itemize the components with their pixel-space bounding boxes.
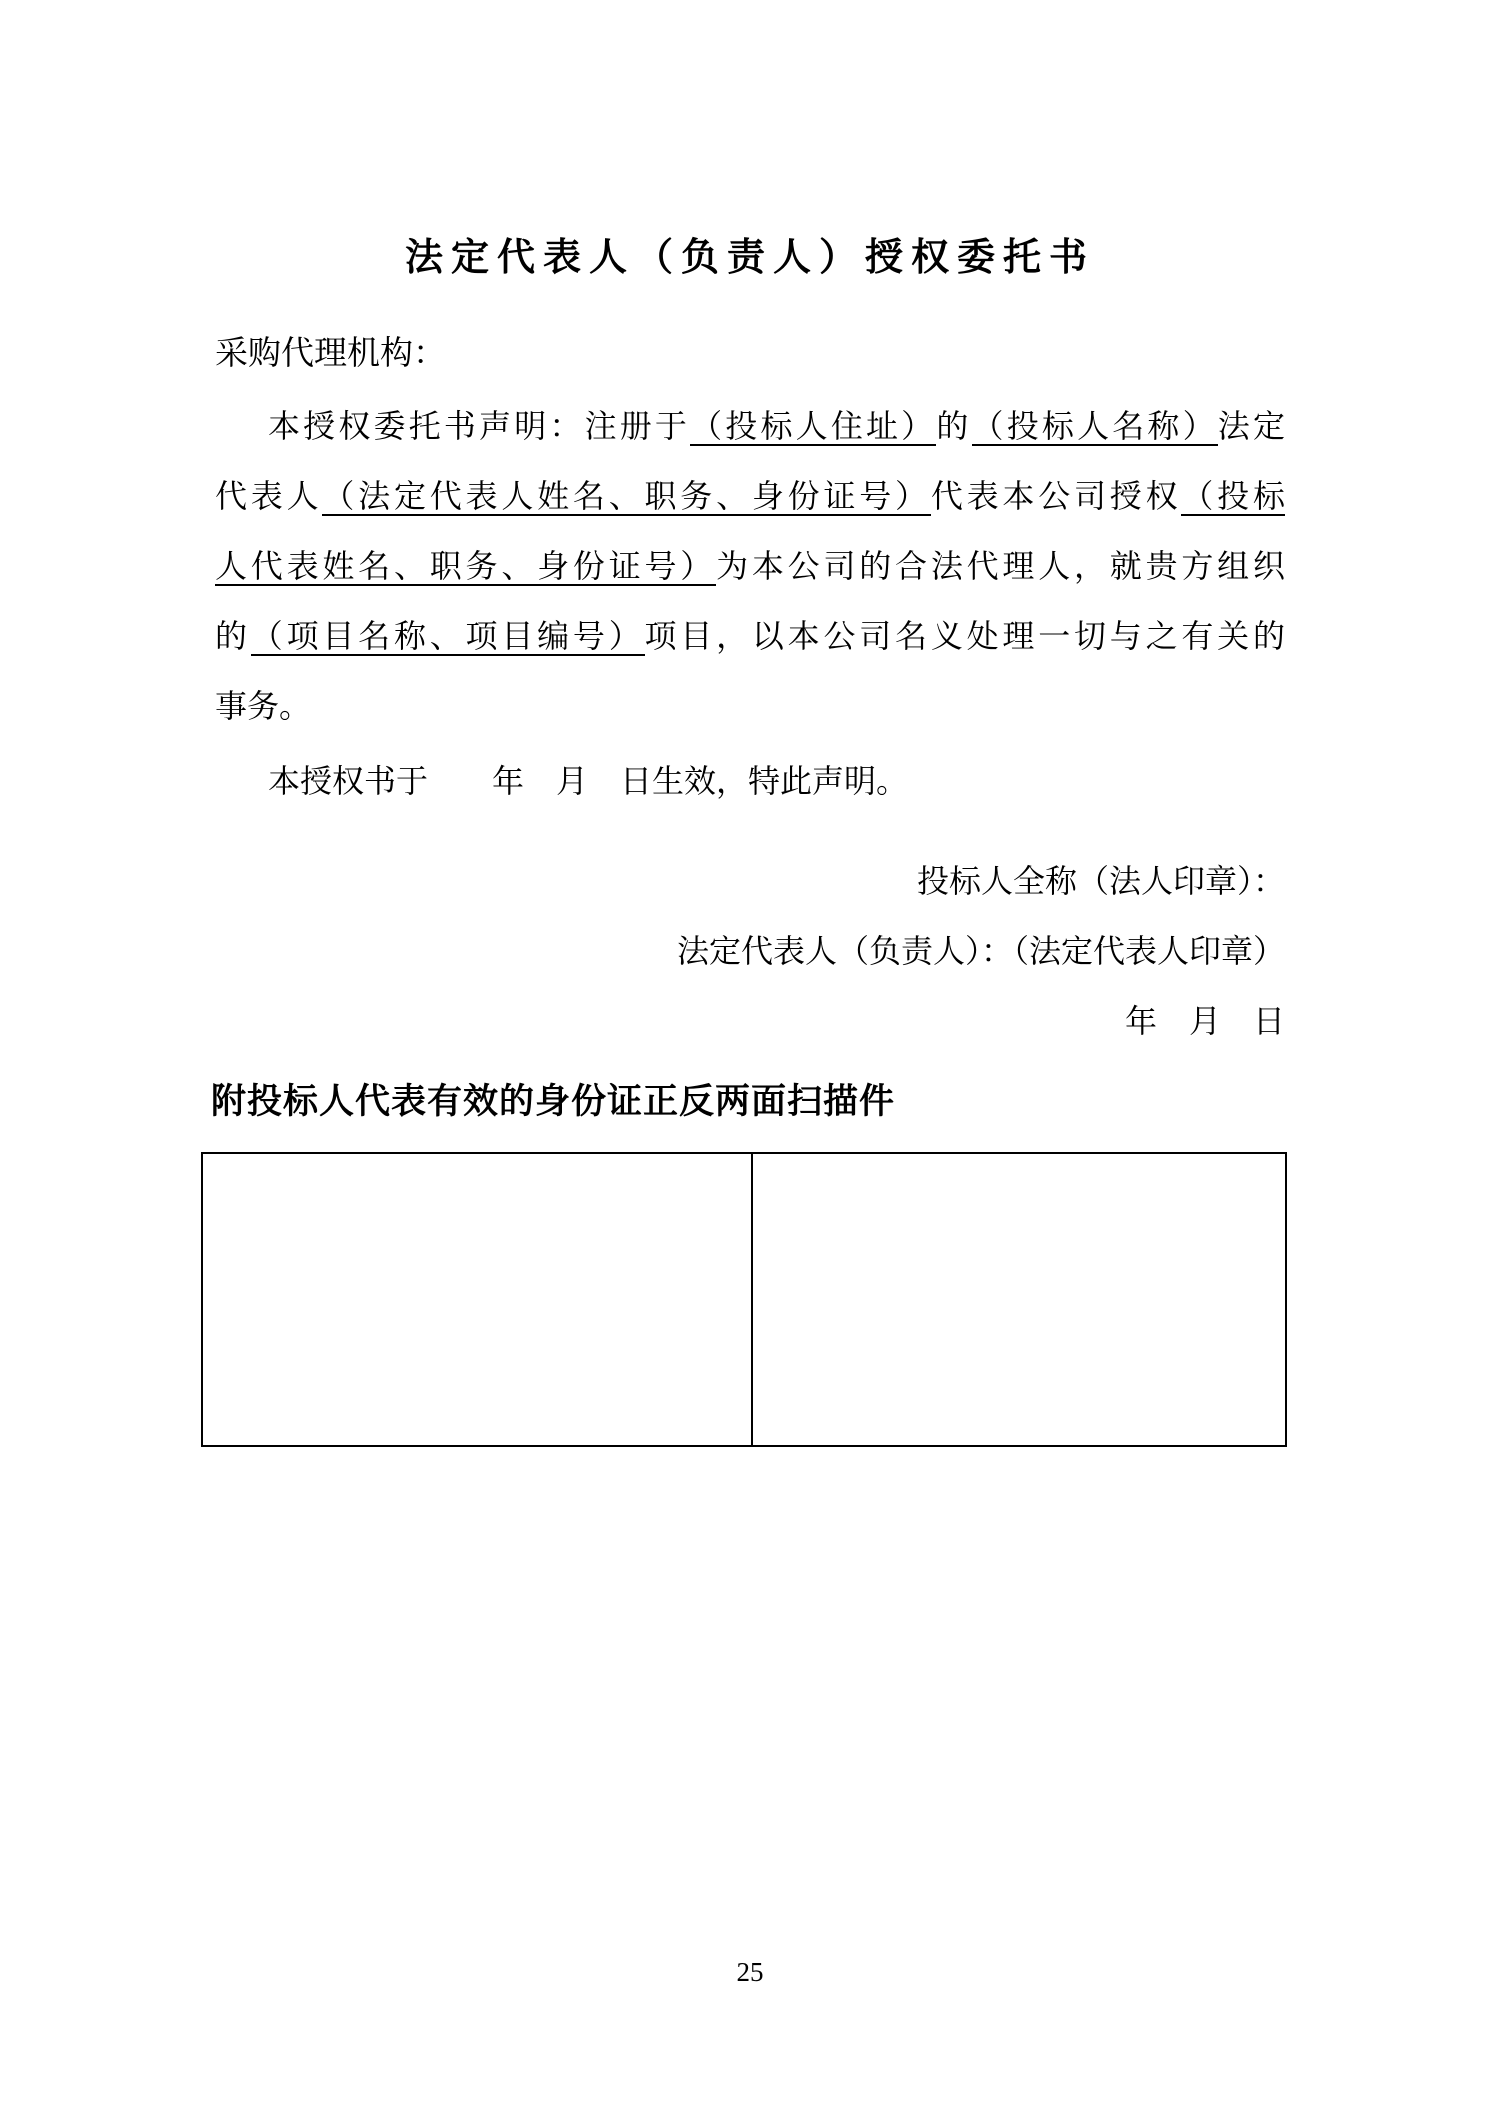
document-page: 法定代表人（负责人）授权委托书 采购代理机构： 本授权委托书声明：注册于（投标人… bbox=[0, 0, 1500, 2121]
page-number: 25 bbox=[0, 1956, 1500, 1988]
underlined-blank-segment: （投标人住址） bbox=[690, 408, 936, 446]
body-line: 事务。 bbox=[215, 671, 1285, 741]
document-title: 法定代表人（负责人）授权委托书 bbox=[0, 236, 1500, 282]
body-line: 人代表姓名、职务、身份证号）为本公司的合法代理人，就贵方组织 bbox=[215, 531, 1285, 601]
text-segment: 代表人 bbox=[215, 478, 322, 514]
text-segment: 法定 bbox=[1218, 408, 1285, 444]
signature-line: 年 月 日 bbox=[215, 986, 1285, 1056]
text-segment: 的 bbox=[936, 408, 971, 444]
underlined-blank-segment: （投标人名称） bbox=[972, 408, 1218, 446]
attachment-note: 附投标人代表有效的身份证正反两面扫描件 bbox=[211, 1082, 895, 1122]
body-line: 本授权委托书声明：注册于（投标人住址）的（投标人名称）法定 bbox=[215, 391, 1285, 461]
id-scan-cell-back bbox=[753, 1154, 1285, 1445]
signature-line: 法定代表人（负责人）：（法定代表人印章） bbox=[215, 916, 1285, 986]
authorization-body-paragraph: 本授权委托书声明：注册于（投标人住址）的（投标人名称）法定代表人（法定代表人姓名… bbox=[215, 391, 1285, 741]
underlined-blank-segment: （投标 bbox=[1181, 478, 1285, 516]
id-scan-table bbox=[201, 1152, 1287, 1447]
text-segment: 本授权委托书声明：注册于 bbox=[268, 408, 690, 444]
text-segment: 为本公司的合法代理人，就贵方组织 bbox=[716, 548, 1285, 584]
text-segment: 代表本公司授权 bbox=[931, 478, 1182, 514]
effective-date-statement: 本授权书于 年 月 日生效，特此声明。 bbox=[268, 746, 908, 816]
addressee-line: 采购代理机构： bbox=[215, 336, 446, 374]
signature-block: 投标人全称（法人印章）：法定代表人（负责人）：（法定代表人印章）年 月 日 bbox=[215, 846, 1285, 1056]
body-line: 代表人（法定代表人姓名、职务、身份证号）代表本公司授权（投标 bbox=[215, 461, 1285, 531]
text-segment: 的 bbox=[215, 618, 251, 654]
underlined-blank-segment: 人代表姓名、职务、身份证号） bbox=[215, 548, 716, 586]
text-segment: 事务。 bbox=[215, 688, 311, 724]
signature-line: 投标人全称（法人印章）： bbox=[215, 846, 1285, 916]
text-segment: 项目，以本公司名义处理一切与之有关的 bbox=[645, 618, 1285, 654]
id-scan-cell-front bbox=[203, 1154, 753, 1445]
underlined-blank-segment: （项目名称、项目编号） bbox=[251, 618, 645, 656]
body-line: 的（项目名称、项目编号）项目，以本公司名义处理一切与之有关的 bbox=[215, 601, 1285, 671]
underlined-blank-segment: （法定代表人姓名、职务、身份证号） bbox=[322, 478, 930, 516]
